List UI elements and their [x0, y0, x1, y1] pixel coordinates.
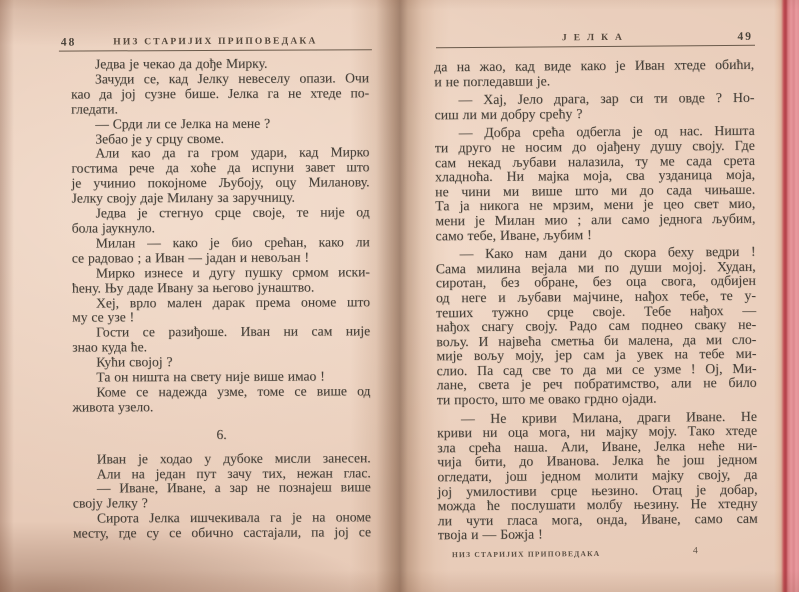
- text-line: — Хај, Јело драга, зар си ти овде ? Но-: [434, 91, 754, 108]
- header-right: ЈЕЛКА 49: [436, 28, 755, 49]
- text-line: ли чути гласа мога, онда, Иване, само са…: [438, 512, 758, 529]
- text-line: ти просто, што ме овако грдно ојади.: [437, 391, 757, 408]
- text-line: мени је Милан мио ; али само једнога љуб…: [435, 212, 755, 229]
- page-right: ЈЕЛКА 49 да на жао, кад виде како је Ива…: [0, 0, 799, 592]
- book-photo: 48 НИЗ СТАРИЈИХ ПРИПОВЕДАКА Једва је чек…: [0, 0, 799, 592]
- footer-signature-number: 4: [693, 546, 698, 556]
- running-title-right: ЈЕЛКА: [436, 32, 755, 45]
- footer-signature-title: НИЗ СТАРИЈИХ ПРИПОВЕДАКА: [452, 549, 600, 559]
- footer-right: НИЗ СТАРИЈИХ ПРИПОВЕДАКА 4: [452, 546, 752, 562]
- text-line: и не погледавши је.: [434, 72, 754, 89]
- text-line: сиш ли ми добру срећу ?: [434, 106, 754, 123]
- text-line: твоја и — Божја !: [438, 526, 758, 543]
- text-line: само тебе, Иване, љубим !: [435, 226, 755, 243]
- page-right-body: да на жао, кад виде како је Иван хтеде о…: [434, 58, 758, 543]
- text-line: да на жао, кад виде како је Иван хтеде о…: [434, 58, 754, 75]
- page-number-right: 49: [737, 31, 753, 43]
